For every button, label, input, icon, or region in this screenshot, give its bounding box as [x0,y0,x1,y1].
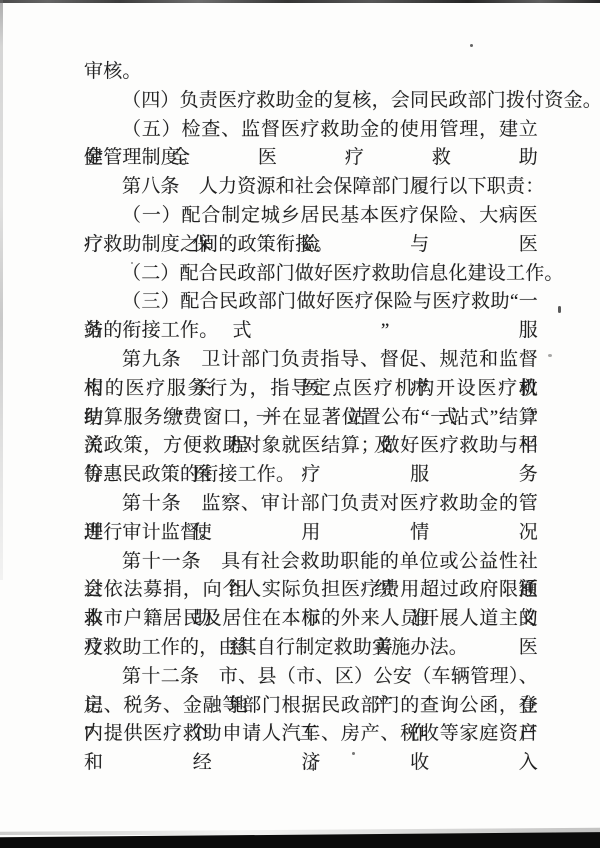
scan-speckle [470,44,473,47]
page-number: 4 [298,760,326,775]
text-line: 第十二条 市、县（市、区）公安（车辆管理）、房地产登 [84,663,538,692]
scan-speckle [352,752,355,755]
scan-artifact-left-edge [0,0,3,580]
scan-speckle [470,263,472,265]
text-line: 结算服务缴费窗口，并在显著位置公布“一站式”结算流程及相 [84,404,538,433]
text-line: 关政策，方便救助对象就医结算；做好医疗救助与平价医疗服务 [84,432,538,461]
text-line: （一）配合制定城乡居民基本医疗保险、大病医疗保险与医 [84,202,538,231]
text-line: 第十条 监察、审计部门负责对医疗救助金的管理使用情况 [84,490,538,519]
text-line: 构的医疗服务行为，指导定点医疗机构开设医疗救助“一站式” [84,375,538,404]
text-line: 本市户籍居民及居住在本市的外来人员开展人道主义及慈善医 [84,605,538,634]
text-line: （三）配合民政部门做好医疗保险与医疗救助“一站式”服 [84,288,538,317]
text-line: （四）负责医疗救助金的复核，会同民政部门拨付资金。 [84,87,538,116]
text-line: 内提供医疗救助申请人汽车、房产、税收等家庭资产和经济收入 [84,720,538,749]
document-page: 审核。（四）负责医疗救助金的复核，会同民政部门拨付资金。（五）检查、监督医疗救助… [0,0,600,848]
scan-speckle [558,306,561,313]
text-line: 审核。 [84,58,538,87]
text-line: 第八条 人力资源和社会保障部门履行以下职责： [84,173,538,202]
text-line: （五）检查、监督医疗救助金的使用管理，建立健全医疗救助 [84,116,538,145]
text-line: 过依法募捐，向个人实际负担医疗费用超过政府限额救助标准的 [84,576,538,605]
text-line: 记、税务、金融等部门根据民政部门的查询公函，在 7 个工作日 [84,692,538,721]
text-line: 第九条 卫计部门负责指导、督促、规范和监督相关医疗机 [84,346,538,375]
text-line: 第十一条 具有社会救助职能的单位或公益性社会组织通 [84,548,538,577]
scan-artifact-top-edge [0,0,600,3]
scan-speckle [548,354,552,357]
scan-speckle [121,448,124,450]
scan-speckle [131,262,133,264]
document-body: 审核。（四）负责医疗救助金的复核，会同民政部门拨付资金。（五）检查、监督医疗救助… [84,58,538,749]
